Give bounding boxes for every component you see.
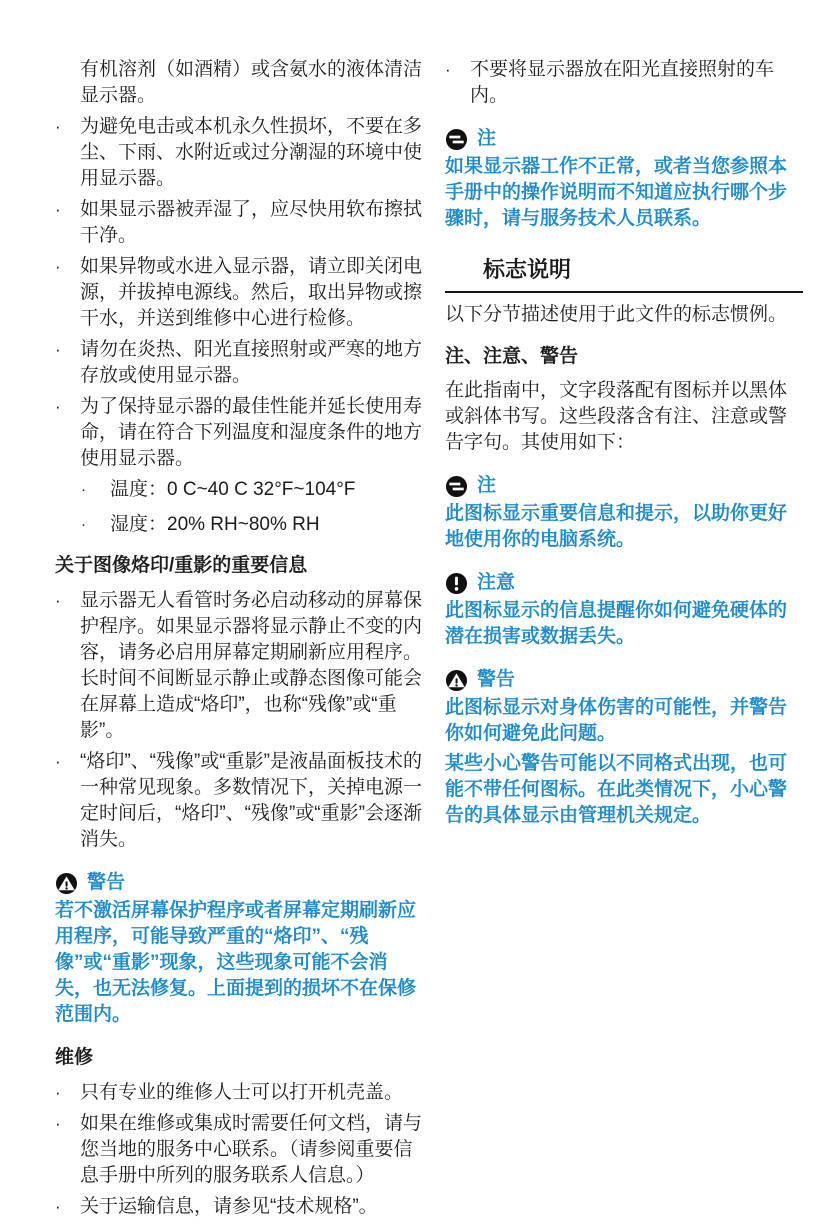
note-block-header: 注 (445, 126, 803, 152)
list-item: · 关于运输信息，请参见“技术规格”。 (55, 1194, 425, 1220)
list-item: · 显示器无人看管时务必启动移动的屏幕保护程序。如果显示器将显示静止不变的内容，… (55, 588, 425, 744)
list-item: · 不要将显示器放在阳光直接照射的车内。 (445, 57, 803, 109)
warning-convention-header: 警告 (445, 667, 803, 693)
warning-icon (55, 872, 78, 895)
list-item: · 如果异物或水进入显示器，请立即关闭电源，并拔掉电源线。然后，取出异物或擦干水… (55, 254, 425, 332)
conventions-text: 在此指南中，文字段落配有图标并以黑体或斜体书写。这些段落含有注、注意或警告字句。… (445, 378, 803, 456)
list-item: · 请勿在炎热、阳光直接照射或严寒的地方存放或使用显示器。 (55, 337, 425, 389)
condition-item: · 湿度：20% RH~80% RH (81, 512, 425, 538)
service-bullet-text: 关于运输信息，请参见“技术规格”。 (80, 1194, 425, 1220)
sunlight-bullet-text: 不要将显示器放在阳光直接照射的车内。 (470, 57, 803, 109)
list-item: · 为了保持显示器的最佳性能并延长使用寿命，请在符合下列温度和湿度条件的地方使用… (55, 394, 425, 472)
note-label: 注 (477, 473, 496, 499)
bullet-marker: · (55, 1111, 80, 1189)
warning-convention-text: 此图标显示对身体伤害的可能性，并警告你如何避免此问题。 (445, 695, 803, 747)
conventions-heading: 注、注意、警告 (445, 344, 803, 370)
bullet-marker: · (445, 57, 470, 109)
list-item: · 只有专业的维修人士可以打开机壳盖。 (55, 1080, 425, 1106)
bullet-marker: · (55, 197, 80, 249)
closing-text: 某些小心警告可能以不同格式出现，也可能不带任何图标。在此类情况下，小心警告的具体… (445, 751, 803, 829)
warning-label: 警告 (87, 870, 125, 896)
temperature-range: 温度：0 C~40 C 32°F~104°F (110, 477, 425, 503)
warning-text: 若不激活屏幕保护程序或者屏幕定期刷新应用程序，可能导致严重的“烙印”、“残像”或… (55, 898, 425, 1028)
bullet-marker (55, 57, 80, 109)
bullet-marker: · (55, 1080, 80, 1106)
bullet-marker: · (81, 512, 110, 538)
note-text: 如果显示器工作不正常，或者当您参照本手册中的操作说明而不知道应执行哪个步骤时，请… (445, 154, 803, 232)
section-intro: 以下分节描述使用于此文件的标志惯例。 (445, 302, 803, 328)
safety-bullet-text: 为了保持显示器的最佳性能并延长使用寿命，请在符合下列温度和湿度条件的地方使用显示… (80, 394, 425, 472)
section-heading: 标志说明 (445, 256, 803, 284)
caution-convention-text: 此图标显示的信息提醒你如何避免硬体的潜在损害或数据丢失。 (445, 598, 803, 650)
list-item: · 如果显示器被弄湿了，应尽快用软布擦拭干净。 (55, 197, 425, 249)
bullet-marker: · (55, 749, 80, 853)
section-divider (445, 291, 803, 293)
note-convention-text: 此图标显示重要信息和提示，以助你更好地使用你的电脑系统。 (445, 501, 803, 553)
note-icon (445, 475, 468, 498)
bullet-marker: · (55, 114, 80, 192)
caution-icon (445, 572, 468, 595)
burnin-bullet-text: “烙印”、“残像”或“重影”是液晶面板技术的一种常见现象。多数情况下，关掉电源一… (80, 749, 425, 853)
safety-bullet-text: 有机溶剂（如酒精）或含氨水的液体清洁显示器。 (80, 57, 425, 109)
manual-page: 有机溶剂（如酒精）或含氨水的液体清洁显示器。 · 为避免电击或本机永久性损坏，不… (0, 0, 839, 1191)
bullet-marker: · (55, 1194, 80, 1220)
left-column: 有机溶剂（如酒精）或含氨水的液体清洁显示器。 · 为避免电击或本机永久性损坏，不… (55, 57, 425, 1225)
safety-bullet-text: 请勿在炎热、阳光直接照射或严寒的地方存放或使用显示器。 (80, 337, 425, 389)
warning-icon (445, 669, 468, 692)
burnin-heading: 关于图像烙印/重影的重要信息 (55, 553, 425, 579)
note-convention-header: 注 (445, 473, 803, 499)
note-icon (445, 128, 468, 151)
caution-convention-header: 注意 (445, 570, 803, 596)
condition-item: · 温度：0 C~40 C 32°F~104°F (81, 477, 425, 503)
bullet-marker: · (81, 477, 110, 503)
safety-bullet-text: 如果显示器被弄湿了，应尽快用软布擦拭干净。 (80, 197, 425, 249)
list-item: · “烙印”、“残像”或“重影”是液晶面板技术的一种常见现象。多数情况下，关掉电… (55, 749, 425, 853)
safety-bullet-text: 为避免电击或本机永久性损坏，不要在多尘、下雨、水附近或过分潮湿的环境中使用显示器… (80, 114, 425, 192)
bullet-marker: · (55, 254, 80, 332)
service-bullet-text: 如果在维修或集成时需要任何文档，请与您当地的服务中心联系。（请参阅重要信息手册中… (80, 1111, 425, 1189)
bullet-marker: · (55, 337, 80, 389)
caution-label: 注意 (477, 570, 515, 596)
note-label: 注 (477, 126, 496, 152)
burnin-bullet-text: 显示器无人看管时务必启动移动的屏幕保护程序。如果显示器将显示静止不变的内容，请务… (80, 588, 425, 744)
service-bullet-text: 只有专业的维修人士可以打开机壳盖。 (80, 1080, 425, 1106)
list-item: · 如果在维修或集成时需要任何文档，请与您当地的服务中心联系。（请参阅重要信息手… (55, 1111, 425, 1189)
list-item: 有机溶剂（如酒精）或含氨水的液体清洁显示器。 (55, 57, 425, 109)
safety-bullet-text: 如果异物或水进入显示器，请立即关闭电源，并拔掉电源线。然后，取出异物或擦干水，并… (80, 254, 425, 332)
humidity-range: 湿度：20% RH~80% RH (110, 512, 425, 538)
service-heading: 维修 (55, 1045, 425, 1071)
bullet-marker: · (55, 588, 80, 744)
right-column: · 不要将显示器放在阳光直接照射的车内。 注 如果显示器工作不正常，或者当您参照… (445, 57, 803, 833)
warning-label: 警告 (477, 667, 515, 693)
bullet-marker: · (55, 394, 80, 472)
warning-block-header: 警告 (55, 870, 425, 896)
list-item: · 为避免电击或本机永久性损坏，不要在多尘、下雨、水附近或过分潮湿的环境中使用显… (55, 114, 425, 192)
